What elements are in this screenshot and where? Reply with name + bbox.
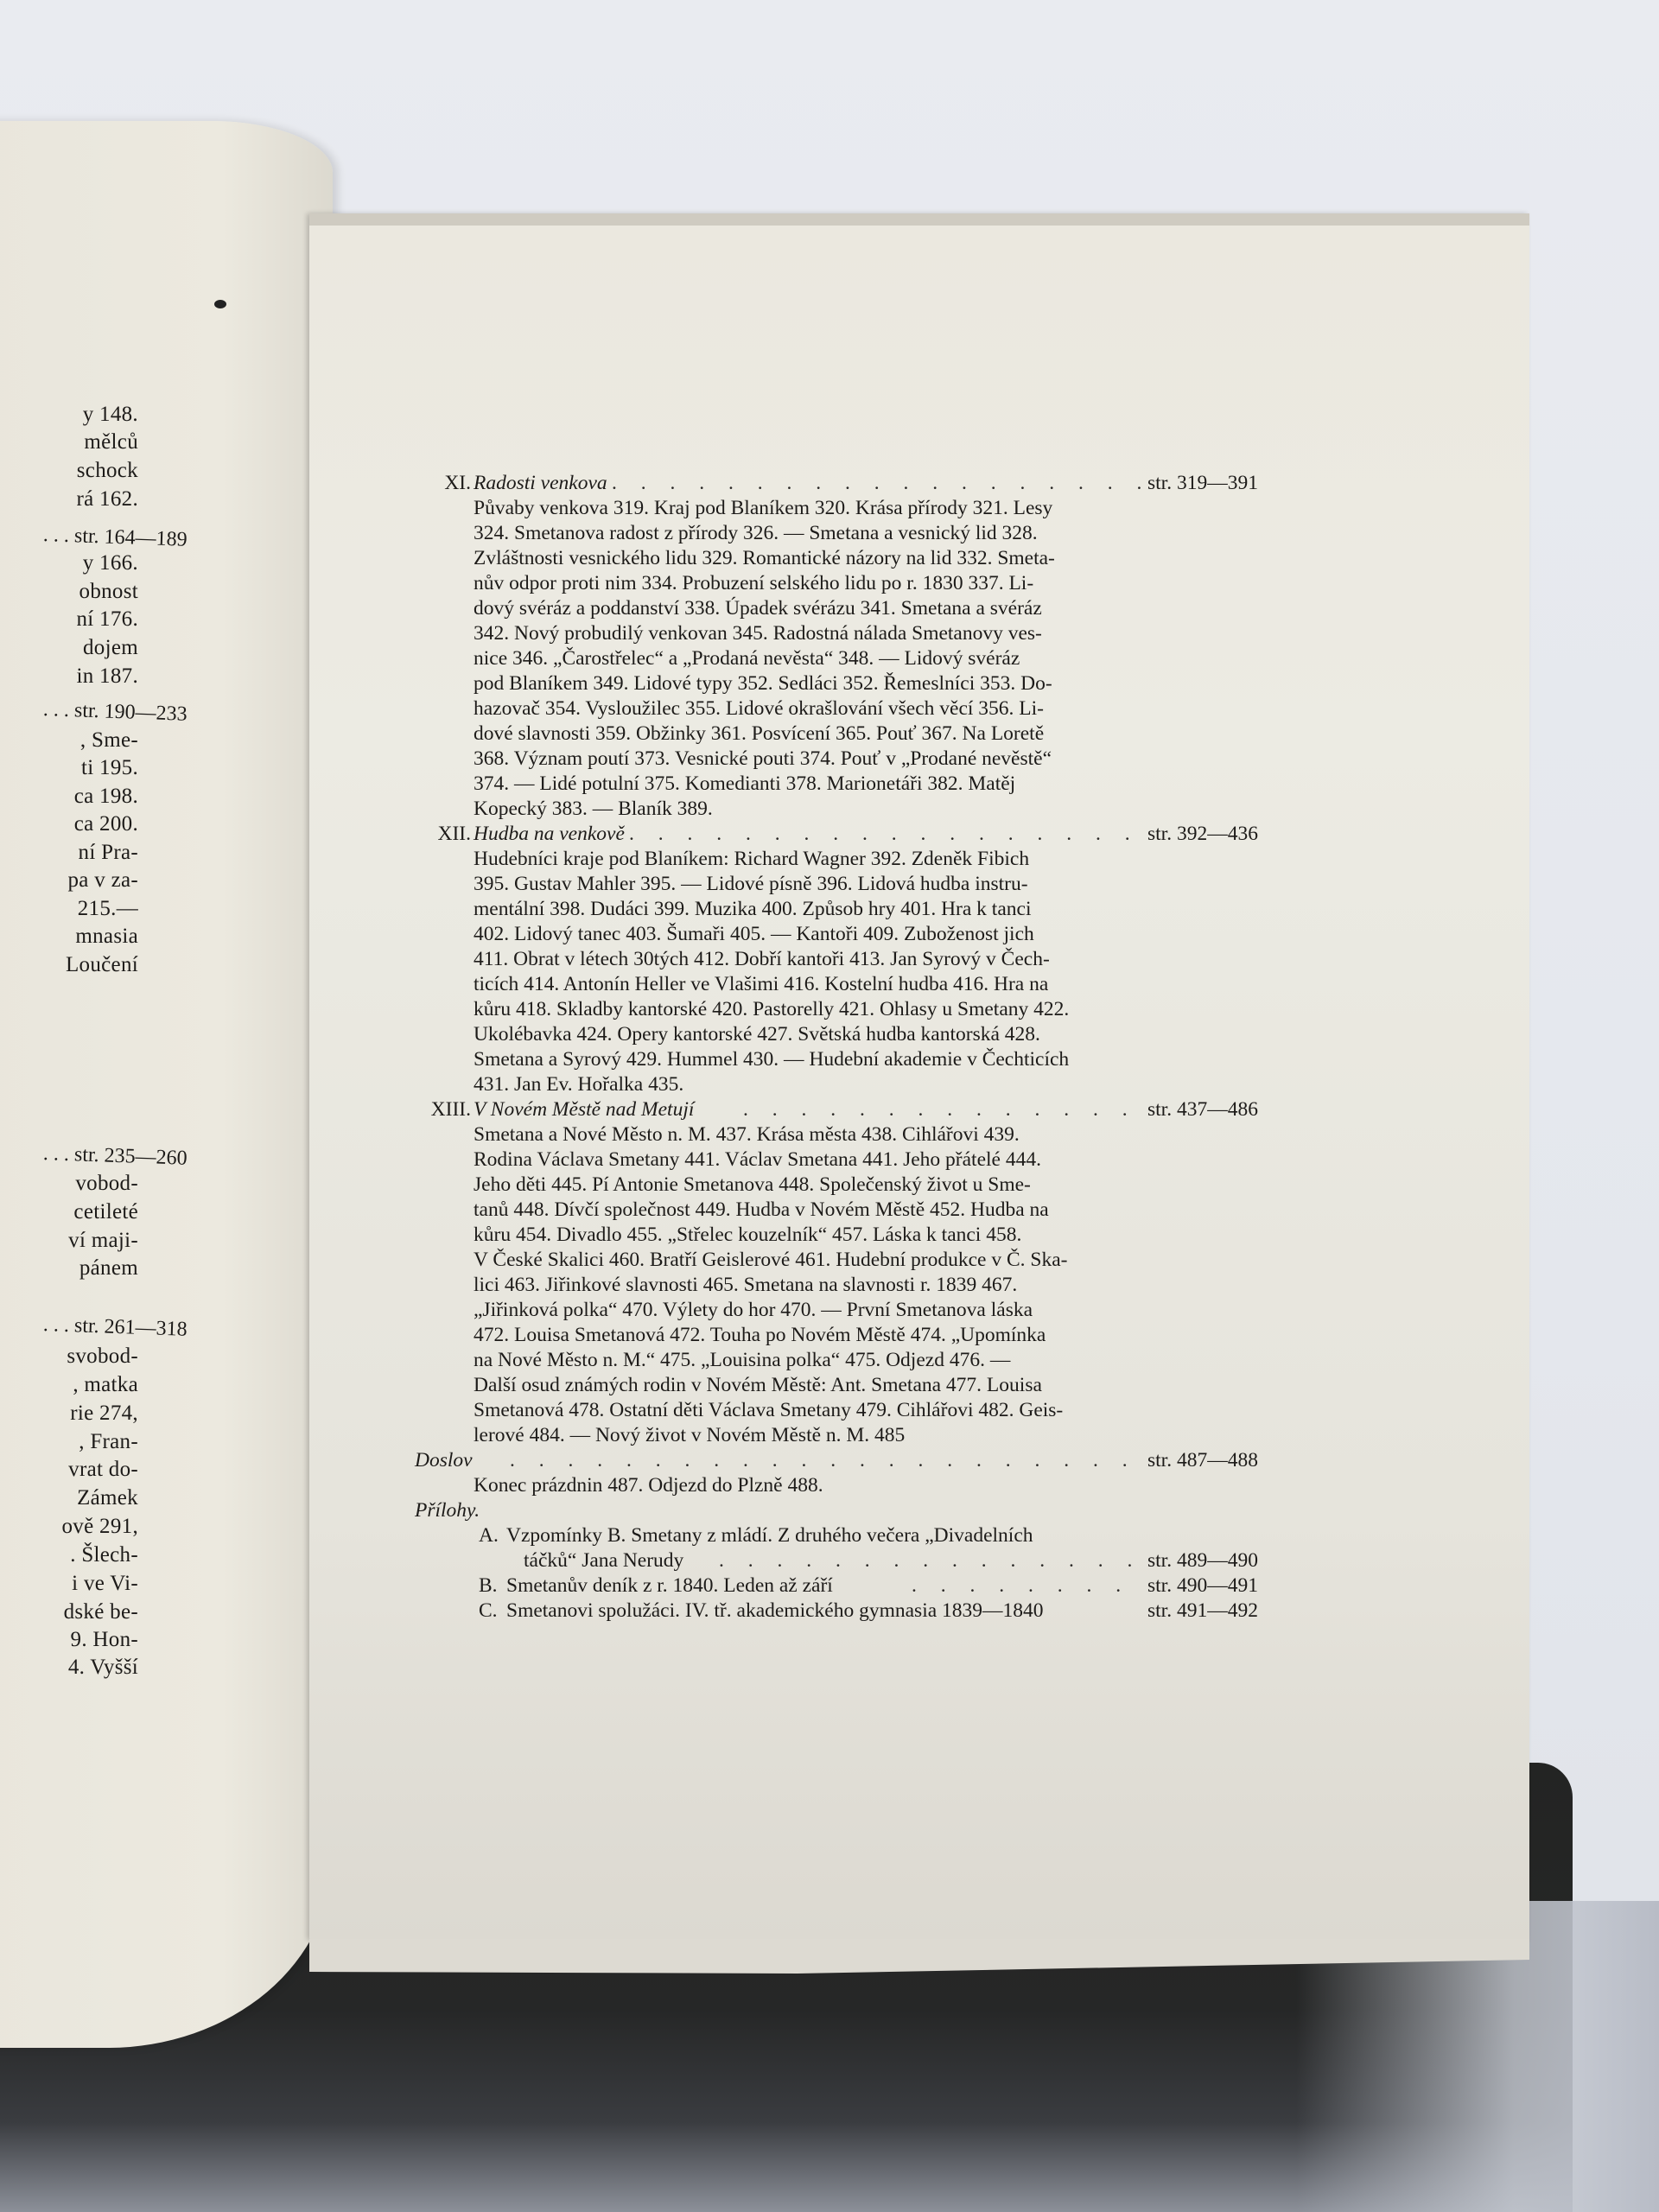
left-page-fragment: i ve Vi-: [72, 1570, 138, 1598]
left-page-fragment: rá 162.: [76, 486, 138, 513]
summary-line: nův odpor proti nim 334. Probuzení selsk…: [474, 571, 1147, 596]
summary-line: Smetana a Nové Město n. M. 437. Krása mě…: [474, 1122, 1147, 1147]
summary-line: V České Skalici 460. Bratří Geislerové 4…: [474, 1248, 1147, 1273]
summary-line: 374. — Lidé potulní 375. Komedianti 378.…: [474, 772, 1147, 797]
left-page-fragment: in 187.: [76, 663, 138, 690]
left-page-fragment: cetileté: [73, 1198, 138, 1226]
leader-dots: . . . . . . . . . . . . . . . . . . . . …: [510, 1448, 1142, 1473]
chapter-title: V Novém Městě nad Metují: [474, 1097, 694, 1122]
leader-dots: . . . . . . . . . . . . . . . . . . . . …: [719, 1548, 1142, 1573]
left-page-fragment: ca 198.: [74, 783, 138, 810]
left-page-fragment: ní 176.: [76, 606, 138, 633]
chapter-summary: Hudebníci kraje pod Blaníkem: Richard Wa…: [474, 847, 1147, 1097]
left-page-fragment: y 148.: [83, 401, 138, 429]
summary-line: Jeho děti 445. Pí Antonie Smetanova 448.…: [474, 1173, 1147, 1198]
section-heading: Přílohy.: [415, 1498, 1296, 1523]
summary-line: mentální 398. Dudáci 399. Muzika 400. Zp…: [474, 897, 1147, 922]
summary-line: 342. Nový probudilý venkovan 345. Radost…: [474, 621, 1147, 646]
section-heading: Doslov . . . . . . . . . . . . . . . . .…: [415, 1448, 1296, 1473]
appendix-c: C. Smetanovi spolužáci. IV. tř. akademic…: [415, 1599, 1296, 1624]
summary-line: hazovač 354. Vysloužilec 355. Lidové okr…: [474, 696, 1147, 721]
left-page-fragment: pánem: [79, 1255, 138, 1282]
appendix-pages: str. 491—492: [1147, 1599, 1258, 1624]
summary-line: Kopecký 383. — Blaník 389.: [474, 797, 1147, 822]
toc-chapter-xiii: XIII. V Novém Městě nad Metují . . . . .…: [415, 1097, 1296, 1448]
summary-line: Další osud známých rodin v Novém Městě: …: [474, 1373, 1147, 1398]
left-page: y 148.mělcůschockrá 162.y 166.obnostní 1…: [0, 121, 333, 2048]
summary-line: 402. Lidový tanec 403. Šumaři 405. — Kan…: [474, 922, 1147, 947]
chapter-number: XIII.: [431, 1097, 471, 1122]
summary-line: „Jiřinková polka“ 470. Výlety do hor 470…: [474, 1298, 1147, 1323]
left-page-fragment: y 166.: [83, 550, 138, 577]
toc-chapter-xii: XII. Hudba na venkově . . . . . . . . . …: [415, 822, 1296, 1097]
left-page-fragment: dojem: [83, 634, 138, 662]
chapter-heading: XI. Radosti venkova . . . . . . . . . . …: [415, 471, 1296, 496]
appendix-title-continuation: táčků“ Jana Nerudy: [524, 1548, 683, 1573]
summary-line: lerové 484. — Nový život v Novém Městě n…: [474, 1423, 1147, 1448]
summary-line: kůru 454. Divadlo 455. „Střelec kouzelní…: [474, 1223, 1147, 1248]
chapter-pages: str. 392—436: [1147, 822, 1258, 847]
left-page-fragment: mělců: [84, 429, 138, 456]
summary-line: Smetanová 478. Ostatní děti Václava Smet…: [474, 1398, 1147, 1423]
summary-line: 431. Jan Ev. Hořalka 435.: [474, 1072, 1147, 1097]
left-page-fragment: ově 291,: [62, 1513, 139, 1541]
summary-line: 324. Smetanova radost z přírody 326. — S…: [474, 521, 1147, 546]
appendix-title: Smetanovi spolužáci. IV. tř. akademickéh…: [506, 1599, 1044, 1624]
left-page-fragment: , matka: [73, 1371, 138, 1399]
left-page-fragment: Loučení: [66, 951, 138, 979]
appendix-pages: str. 490—491: [1147, 1573, 1258, 1599]
left-page-fragment: ví maji-: [68, 1227, 138, 1255]
left-page-ref: . . . str. 261—318: [43, 1313, 188, 1342]
toc-doslov: Doslov . . . . . . . . . . . . . . . . .…: [415, 1448, 1296, 1498]
left-page-fragment: , Fran-: [79, 1428, 138, 1456]
left-page-ref: . . . str. 164—189: [43, 524, 188, 552]
left-page-fragment: svobod-: [67, 1343, 138, 1370]
summary-line: Rodina Václava Smetany 441. Václav Smeta…: [474, 1147, 1147, 1173]
chapter-pages: str. 319—391: [1147, 471, 1258, 496]
summary-line: na Nové Město n. M.“ 475. „Louisina polk…: [474, 1348, 1147, 1373]
summary-line: dový svéráz a poddanství 338. Úpadek své…: [474, 596, 1147, 621]
appendix-pages: str. 489—490: [1147, 1548, 1258, 1573]
left-page-fragment: vobod-: [75, 1170, 138, 1198]
left-page-fragment: , Sme-: [80, 727, 138, 754]
chapter-pages: str. 437—486: [1147, 1097, 1258, 1122]
summary-line: Konec prázdnin 487. Odjezd do Plzně 488.: [474, 1473, 1147, 1498]
leader-dots: . . . . . . . . . . . . . . . . . . . . …: [743, 1097, 1142, 1122]
summary-line: kůru 418. Skladby kantorské 420. Pastore…: [474, 997, 1147, 1022]
summary-line: 395. Gustav Mahler 395. — Lidové písně 3…: [474, 872, 1147, 897]
chapter-title: Radosti venkova: [474, 471, 607, 496]
summary-line: Zvláštnosti vesnického lidu 329. Romanti…: [474, 546, 1147, 571]
summary-line: tanů 448. Dívčí společnost 449. Hudba v …: [474, 1198, 1147, 1223]
left-page-fragment: mnasia: [75, 923, 138, 950]
toc-chapter-xi: XI. Radosti venkova . . . . . . . . . . …: [415, 471, 1296, 822]
left-page-fragment: . Šlech-: [70, 1541, 138, 1569]
chapter-title: Hudba na venkově: [474, 822, 625, 847]
leader-dots: . . . . . . . . . . . . . . . .: [912, 1573, 1142, 1599]
summary-line: Půvaby venkova 319. Kraj pod Blaníkem 32…: [474, 496, 1147, 521]
section-title: Doslov: [415, 1448, 473, 1473]
left-page-ref: . . . str. 190—233: [43, 698, 188, 727]
appendix-title: Vzpomínky B. Smetany z mládí. Z druhého …: [506, 1523, 1033, 1548]
left-page-fragment: Zámek: [77, 1484, 138, 1512]
summary-line: dové slavnosti 359. Obžinky 361. Posvíce…: [474, 721, 1147, 747]
left-page-fragment: vrat do-: [68, 1456, 138, 1484]
leader-dots: . . . . . . . . . . . . . . . . . . . . …: [612, 471, 1141, 496]
section-pages: str. 487—488: [1147, 1448, 1258, 1473]
summary-line: Ukolébavka 424. Opery kantorské 427. Svě…: [474, 1022, 1147, 1047]
left-page-fragment: rie 274,: [70, 1400, 138, 1427]
left-page-fragment: dské be-: [64, 1599, 138, 1626]
appendix-letter: B.: [479, 1573, 498, 1599]
summary-line: pod Blaníkem 349. Lidové typy 352. Sedlá…: [474, 671, 1147, 696]
appendix-letter: C.: [479, 1599, 498, 1624]
appendix-title: Smetanův deník z r. 1840. Leden až září: [506, 1573, 833, 1599]
chapter-number: XII.: [438, 822, 472, 847]
appendix-b: B. Smetanův deník z r. 1840. Leden až zá…: [415, 1573, 1296, 1599]
section-title: Přílohy.: [415, 1498, 480, 1523]
summary-line: nice 346. „Čarostřelec“ a „Prodaná nevěs…: [474, 646, 1147, 671]
appendix-letter: A.: [479, 1523, 499, 1548]
summary-line: 472. Louisa Smetanová 472. Touha po Nové…: [474, 1323, 1147, 1348]
table-of-contents: XI. Radosti venkova . . . . . . . . . . …: [415, 471, 1296, 1624]
appendix-a-continuation: táčků“ Jana Nerudy . . . . . . . . . . .…: [415, 1548, 1296, 1573]
left-page-fragment: 4. Vyšší: [68, 1654, 138, 1681]
appendix-a: A. Vzpomínky B. Smetany z mládí. Z druhé…: [415, 1523, 1296, 1548]
left-page-ref: . . . str. 235—260: [43, 1142, 188, 1171]
chapter-summary: Smetana a Nové Město n. M. 437. Krása mě…: [474, 1122, 1147, 1448]
left-page-fragment: obnost: [79, 578, 138, 606]
chapter-heading: XIII. V Novém Městě nad Metují . . . . .…: [415, 1097, 1296, 1122]
section-summary: Konec prázdnin 487. Odjezd do Plzně 488.: [474, 1473, 1147, 1498]
page-blemish: [214, 300, 226, 308]
left-page-fragment: 9. Hon-: [71, 1626, 138, 1654]
summary-line: Smetana a Syrový 429. Hummel 430. — Hude…: [474, 1047, 1147, 1072]
leader-dots: . . . . . . . . . . . . . . . . . . . . …: [629, 822, 1142, 847]
summary-line: lici 463. Jiřinkové slavnosti 465. Smeta…: [474, 1273, 1147, 1298]
summary-line: 368. Význam poutí 373. Vesnické pouti 37…: [474, 747, 1147, 772]
summary-line: 411. Obrat v létech 30tých 412. Dobří ka…: [474, 947, 1147, 972]
toc-prilohy: Přílohy. A. Vzpomínky B. Smetany z mládí…: [415, 1498, 1296, 1624]
summary-line: ticích 414. Antonín Heller ve Vlašimi 41…: [474, 972, 1147, 997]
chapter-number: XI.: [444, 471, 471, 496]
chapter-heading: XII. Hudba na venkově . . . . . . . . . …: [415, 822, 1296, 847]
left-page-fragment: ti 195.: [81, 754, 138, 782]
chapter-summary: Půvaby venkova 319. Kraj pod Blaníkem 32…: [474, 496, 1147, 822]
left-page-fragment: ní Pra-: [79, 839, 138, 867]
left-page-fragment: schock: [77, 457, 138, 485]
left-page-fragment: ca 200.: [74, 810, 138, 838]
left-page-fragment: 215.—: [78, 895, 138, 923]
left-page-fragment: pa v za-: [67, 867, 138, 894]
summary-line: Hudebníci kraje pod Blaníkem: Richard Wa…: [474, 847, 1147, 872]
